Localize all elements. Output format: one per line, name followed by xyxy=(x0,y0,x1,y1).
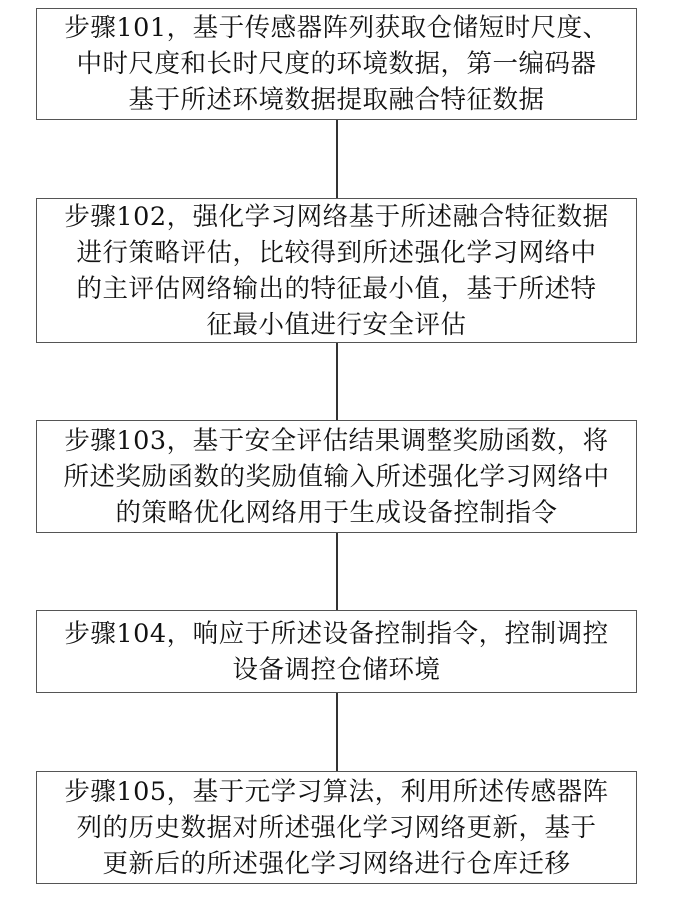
step-101-line-3: 基于所述环境数据提取融合特征数据 xyxy=(128,82,544,118)
step-105-box: 步骤105，基于元学习算法，利用所述传感器阵 列的历史数据对所述强化学习网络更新… xyxy=(36,771,637,884)
step-105-line-1: 步骤105，基于元学习算法，利用所述传感器阵 xyxy=(64,774,608,810)
step-104-line-2: 设备调控仓储环境 xyxy=(232,652,440,688)
step-102-line-3: 的主评估网络输出的特征最小值，基于所述特 xyxy=(76,271,596,307)
step-102-line-4: 征最小值进行安全评估 xyxy=(206,307,466,343)
step-102-line-2: 进行策略评估，比较得到所述强化学习网络中 xyxy=(76,235,596,271)
step-102-box: 步骤102，强化学习网络基于所述融合特征数据 进行策略评估，比较得到所述强化学习… xyxy=(36,198,637,343)
connector-102-103 xyxy=(336,343,338,420)
step-101-line-2: 中时尺度和长时尺度的环境数据，第一编码器 xyxy=(76,46,596,82)
step-102-line-1: 步骤102，强化学习网络基于所述融合特征数据 xyxy=(64,199,608,235)
connector-101-102 xyxy=(336,120,338,198)
step-103-line-3: 的策略优化网络用于生成设备控制指令 xyxy=(115,495,557,531)
step-104-line-1: 步骤104，响应于所述设备控制指令，控制调控 xyxy=(64,616,608,652)
step-103-line-1: 步骤103，基于安全评估结果调整奖励函数，将 xyxy=(64,423,608,459)
connector-104-105 xyxy=(336,693,338,771)
step-101-box: 步骤101，基于传感器阵列获取仓储短时尺度、 中时尺度和长时尺度的环境数据，第一… xyxy=(36,8,637,120)
step-104-box: 步骤104，响应于所述设备控制指令，控制调控 设备调控仓储环境 xyxy=(36,610,637,693)
step-103-box: 步骤103，基于安全评估结果调整奖励函数，将 所述奖励函数的奖励值输入所述强化学… xyxy=(36,420,637,533)
connector-103-104 xyxy=(336,533,338,610)
step-101-line-1: 步骤101，基于传感器阵列获取仓储短时尺度、 xyxy=(64,10,608,46)
step-105-line-2: 列的历史数据对所述强化学习网络更新，基于 xyxy=(76,810,596,846)
step-105-line-3: 更新后的所述强化学习网络进行仓库迁移 xyxy=(102,846,570,882)
step-103-line-2: 所述奖励函数的奖励值输入所述强化学习网络中 xyxy=(63,459,609,495)
